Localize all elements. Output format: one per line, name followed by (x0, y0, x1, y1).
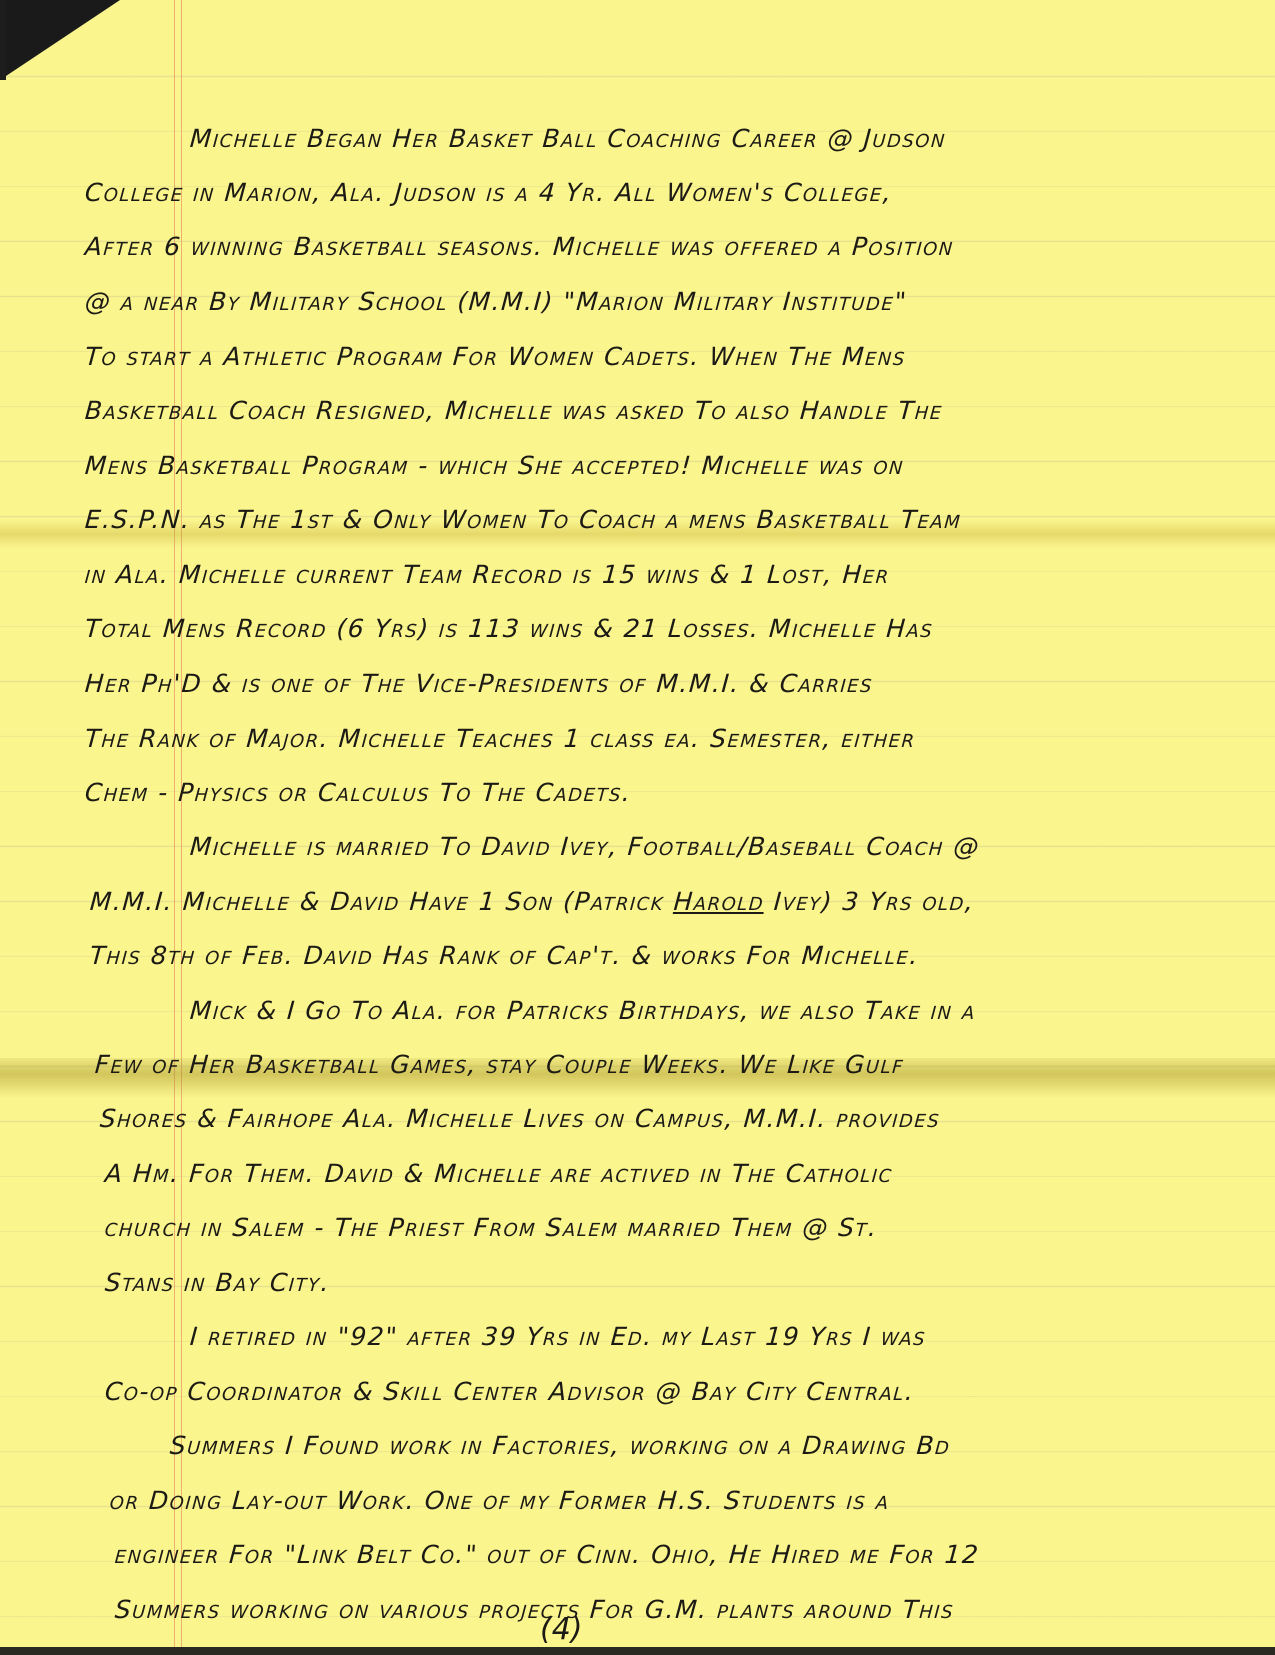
text-line: M.M.I. Michelle & David Have 1 Son (Patr… (89, 887, 976, 916)
text-line: Chem - Physics or Calculus To The Cadets… (84, 778, 633, 807)
text-line: College in Marion, Ala. Judson is a 4 Yr… (84, 178, 893, 207)
text-line: Michelle is married To David Ivey, Footb… (189, 832, 981, 861)
text-line: Basketball Coach Resigned, Michelle was … (84, 396, 944, 425)
text-line: Her Ph'D & is one of The Vice-Presidents… (84, 669, 874, 698)
text-line: I retired in "92" after 39 Yrs in Ed. my… (189, 1322, 927, 1351)
text-line: in Ala. Michelle current Team Record is … (84, 560, 891, 589)
text-line: To start a Athletic Program For Women Ca… (84, 342, 907, 371)
text-line: Summers working on various projects For … (114, 1595, 955, 1624)
text-line: Summers I Found work in Factories, worki… (169, 1431, 952, 1460)
text-line: Co-op Coordinator & Skill Center Advisor… (104, 1377, 916, 1406)
text-line: church in Salem - The Priest From Salem … (104, 1213, 879, 1242)
text-line: @ a near By Military School (M.M.I) "Mar… (84, 287, 908, 316)
text-line: Stans in Bay City. (104, 1268, 331, 1297)
text-line: Shores & Fairhope Ala. Michelle Lives on… (99, 1104, 941, 1133)
text-line: Mens Basketball Program - which She acce… (84, 451, 905, 480)
text-line: engineer For "Link Belt Co." out of Cinn… (114, 1540, 981, 1569)
scan-edge (0, 0, 6, 80)
scan-edge (0, 1647, 1275, 1655)
text-line: E.S.P.N. as The 1st & Only Women To Coac… (84, 505, 962, 534)
text-line: A Hm. For Them. David & Michelle are act… (104, 1159, 894, 1188)
underlined-word: Harold (673, 887, 766, 916)
text-line: Few of Her Basketball Games, stay Couple… (94, 1050, 905, 1079)
text-line: The Rank of Major. Michelle Teaches 1 cl… (84, 724, 917, 753)
text-line: or Doing Lay-out Work. One of my Former … (109, 1486, 891, 1515)
text-line: Michelle Began Her Basket Ball Coaching … (189, 124, 947, 153)
text-line: After 6 winning Basketball seasons. Mich… (84, 232, 955, 261)
letter-page: Michelle Began Her Basket Ball Coaching … (0, 0, 1275, 1648)
page-number: (4) (540, 1612, 583, 1647)
text-line: This 8th of Feb. David Has Rank of Cap't… (89, 941, 920, 970)
text-line: Total Mens Record (6 Yrs) is 113 wins & … (84, 614, 934, 643)
text-line: Mick & I Go To Ala. for Patricks Birthda… (189, 996, 977, 1025)
